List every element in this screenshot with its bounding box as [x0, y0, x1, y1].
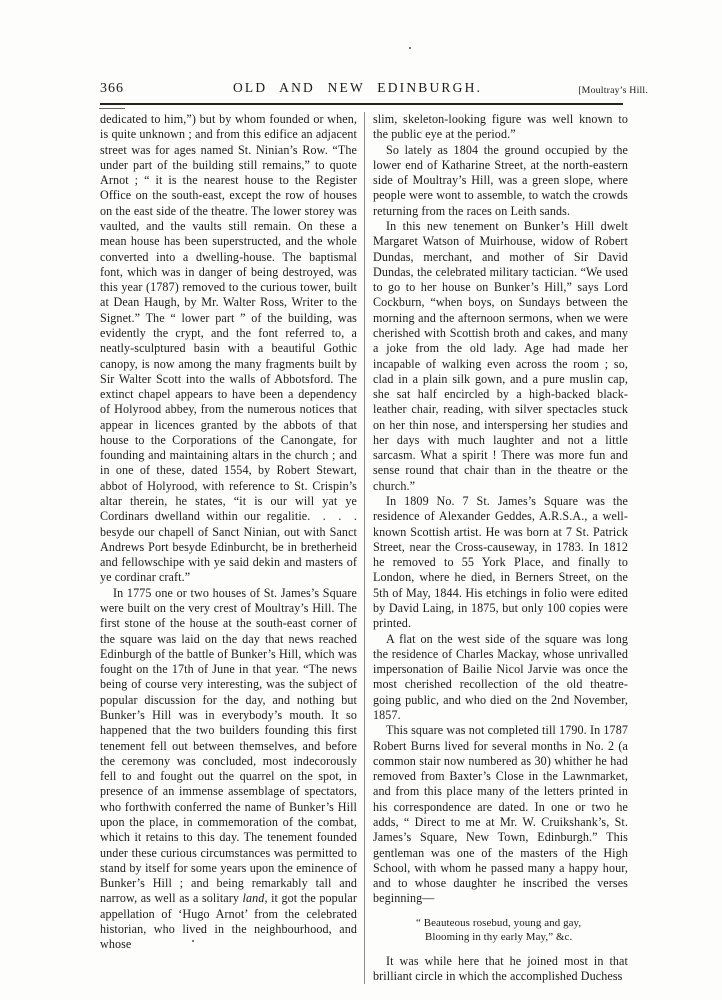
- text-run: dedicated to him,”) but by whom founded …: [100, 112, 357, 584]
- paragraph: This square was not completed till 1790.…: [373, 723, 628, 906]
- text-columns: dedicated to him,”) but by whom founded …: [100, 112, 628, 984]
- paragraph: In 1809 No. 7 St. James’s Square was the…: [373, 494, 628, 632]
- italic-text: land,: [243, 891, 268, 905]
- column-right: slim, skeleton-looking figure was well k…: [364, 112, 628, 984]
- text-run: In 1775 one or two houses of St. James’s…: [100, 586, 357, 906]
- text-run: So lately as 1804 the ground occupied by…: [373, 143, 628, 218]
- running-title: OLD AND NEW EDINBURGH.: [233, 80, 482, 96]
- verse-line: Blooming in thy early May,” &c.: [416, 930, 628, 944]
- header-rule-thin: [99, 108, 125, 109]
- text-run: slim, skeleton-looking figure was well k…: [373, 112, 628, 141]
- text-run: In 1809 No. 7 St. James’s Square was the…: [373, 494, 628, 630]
- text-run: A flat on the west side of the square wa…: [373, 632, 628, 722]
- verse-quote: “ Beauteous rosebud, young and gay,Bloom…: [416, 916, 628, 944]
- text-run: This square was not completed till 1790.…: [373, 723, 628, 905]
- text-run: In this new tenement on Bunker’s Hill dw…: [373, 219, 628, 493]
- paragraph: A flat on the west side of the square wa…: [373, 632, 628, 724]
- paragraph: It was while here that he joined most in…: [373, 954, 628, 985]
- paragraph: In this new tenement on Bunker’s Hill dw…: [373, 219, 628, 494]
- folio-note: [Moultray’s Hill.: [578, 85, 648, 96]
- paragraph: In 1775 one or two houses of St. James’s…: [100, 586, 357, 953]
- header-rule: [100, 103, 623, 105]
- book-page: 366 OLD AND NEW EDINBURGH. [Moultray’s H…: [0, 0, 722, 1000]
- text-run: It was while here that he joined most in…: [373, 954, 628, 983]
- running-head: 366 OLD AND NEW EDINBURGH. [Moultray’s H…: [100, 79, 648, 99]
- verse-line: “ Beauteous rosebud, young and gay,: [416, 916, 628, 930]
- print-speck: [409, 47, 411, 49]
- paragraph: slim, skeleton-looking figure was well k…: [373, 112, 628, 143]
- page-number: 366: [100, 81, 124, 97]
- column-left: dedicated to him,”) but by whom founded …: [100, 112, 364, 984]
- paragraph: So lately as 1804 the ground occupied by…: [373, 143, 628, 219]
- paragraph: dedicated to him,”) but by whom founded …: [100, 112, 357, 586]
- print-speck: [192, 940, 194, 942]
